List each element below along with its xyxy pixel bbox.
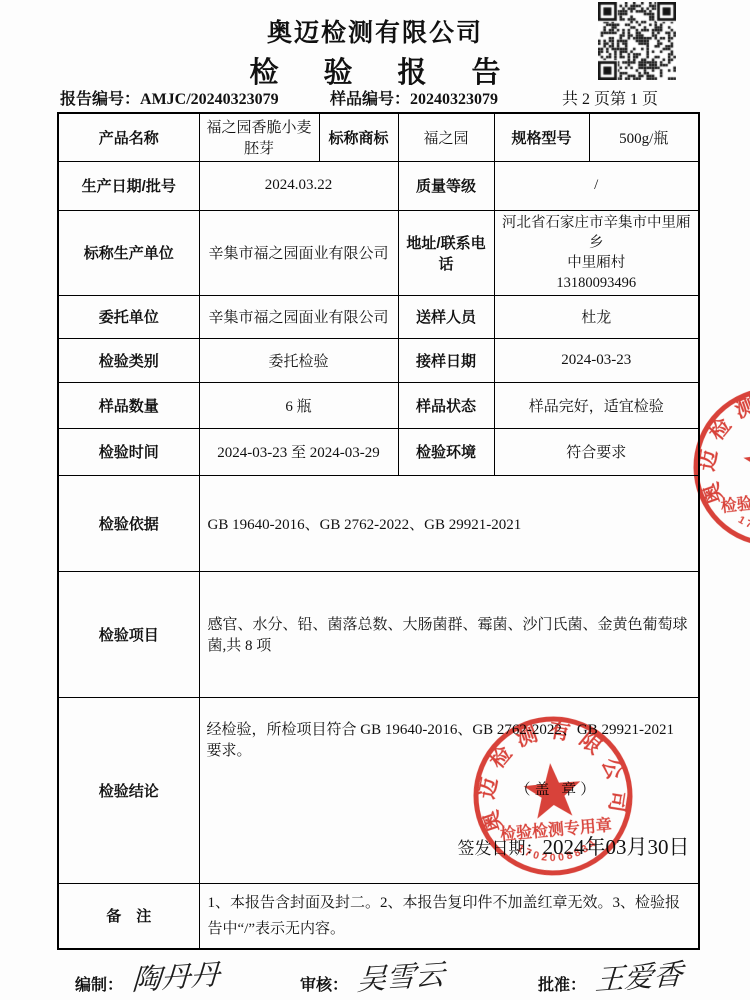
table-row: 检验结论 经检验，所检项目符合 GB 19640-2016、GB 2762-20… <box>58 697 699 883</box>
reviewed-signature: 吴雪云 <box>356 952 446 999</box>
field-value-spec: 500g/瓶 <box>589 113 699 161</box>
field-value-insp-type: 委托检验 <box>199 338 398 382</box>
reviewed-by: 审核：吴雪云 <box>300 958 443 999</box>
field-value-sample-qty: 6 瓶 <box>199 382 398 428</box>
field-value-insp-env: 符合要求 <box>494 428 699 475</box>
table-row: 生产日期/批号 2024.03.22 质量等级 / <box>58 161 699 210</box>
field-value-quality-grade: / <box>494 161 699 210</box>
field-value-receive-date: 2024-03-23 <box>494 338 699 382</box>
table-row: 标称生产单位 辛集市福之园面业有限公司 地址/联系电话 河北省石家庄市辛集市中里… <box>58 210 699 295</box>
table-row: 委托单位 辛集市福之园面业有限公司 送样人员 杜龙 <box>58 295 699 338</box>
field-value-remark: 1、本报告含封面及封二。2、本报告复印件不加盖红章无效。3、检验报告中“/”表示… <box>199 883 699 949</box>
field-label-sample-qty: 样品数量 <box>58 382 199 428</box>
field-label-insp-type: 检验类别 <box>58 338 199 382</box>
page-count: 共 2 页第 1 页 <box>562 86 658 109</box>
field-value-sampler: 杜龙 <box>494 295 699 338</box>
field-label-spec: 规格型号 <box>494 113 589 161</box>
table-row: 检验项目 感官、水分、铅、菌落总数、大肠菌群、霉菌、沙门氏菌、金黄色葡萄球菌,共… <box>58 571 699 697</box>
conclusion-text: 经检验，所检项目符合 GB 19640-2016、GB 2762-2022、GB… <box>207 718 693 760</box>
prepared-by: 编制：陶丹丹 <box>75 958 218 999</box>
report-meta-line: 报告编号：AMJC/20240323079 样品编号：20240323079 共… <box>0 86 750 110</box>
report-page: 奥迈检测有限公司 检验报告 报告编号：AMJC/20240323079 样品编号… <box>0 0 750 1000</box>
seal-serial: 1702008834 <box>735 506 750 540</box>
field-label-address: 地址/联系电话 <box>398 210 494 295</box>
field-value-conclusion: 经检验，所检项目符合 GB 19640-2016、GB 2762-2022、GB… <box>199 697 699 883</box>
table-row: 检验时间 2024-03-23 至 2024-03-29 检验环境 符合要求 <box>58 428 699 475</box>
table-row: 检验依据 GB 19640-2016、GB 2762-2022、GB 29921… <box>58 475 699 571</box>
issue-date-line: 签发日期：2024年03月30日 <box>458 831 690 861</box>
signature-line: 编制：陶丹丹 审核：吴雪云 批准：王爱香 <box>0 952 750 1000</box>
field-label-insp-env: 检验环境 <box>398 428 494 475</box>
field-value-producer: 辛集市福之园面业有限公司 <box>199 210 398 295</box>
table-row: 备 注 1、本报告含封面及封二。2、本报告复印件不加盖红章无效。3、检验报告中“… <box>58 883 699 949</box>
field-label-insp-time: 检验时间 <box>58 428 199 475</box>
report-number: 报告编号：AMJC/20240323079 <box>60 86 279 109</box>
field-label-items: 检验项目 <box>58 571 199 697</box>
field-label-conclusion: 检验结论 <box>58 697 199 883</box>
field-value-client: 辛集市福之园面业有限公司 <box>199 295 398 338</box>
field-value-insp-time: 2024-03-23 至 2024-03-29 <box>199 428 398 475</box>
field-label-sample-status: 样品状态 <box>398 382 494 428</box>
seal-star-icon <box>741 431 750 491</box>
svg-text:1702008834: 1702008834 <box>735 506 750 540</box>
approved-by: 批准：王爱香 <box>538 958 681 999</box>
seal-center-text: 检验检测专用章 <box>720 485 750 516</box>
report-table: 产品名称 福之园香脆小麦胚芽 标称商标 福之园 规格型号 500g/瓶 生产日期… <box>57 112 700 950</box>
field-label-receive-date: 接样日期 <box>398 338 494 382</box>
field-label-brand: 标称商标 <box>319 113 398 161</box>
field-label-sampler: 送样人员 <box>398 295 494 338</box>
field-label-prod-date: 生产日期/批号 <box>58 161 199 210</box>
field-value-basis: GB 19640-2016、GB 2762-2022、GB 29921-2021 <box>199 475 699 571</box>
field-value-address: 河北省石家庄市辛集市中里厢乡 中里厢村 13180093496 <box>494 210 699 295</box>
field-label-product-name: 产品名称 <box>58 113 199 161</box>
qr-code-icon <box>598 2 676 80</box>
field-label-client: 委托单位 <box>58 295 199 338</box>
field-label-quality-grade: 质量等级 <box>398 161 494 210</box>
table-row: 产品名称 福之园香脆小麦胚芽 标称商标 福之园 规格型号 500g/瓶 <box>58 113 699 161</box>
sample-number: 样品编号：20240323079 <box>330 86 498 109</box>
field-value-items: 感官、水分、铅、菌落总数、大肠菌群、霉菌、沙门氏菌、金黄色葡萄球菌,共 8 项 <box>199 571 699 697</box>
field-value-product-name: 福之园香脆小麦胚芽 <box>199 113 319 161</box>
approved-signature: 王爱香 <box>594 952 684 999</box>
field-label-remark: 备 注 <box>58 883 199 949</box>
field-value-prod-date: 2024.03.22 <box>199 161 398 210</box>
field-value-brand: 福之园 <box>398 113 494 161</box>
seal-hint: （盖 章） <box>516 778 600 799</box>
table-row: 检验类别 委托检验 接样日期 2024-03-23 <box>58 338 699 382</box>
prepared-signature: 陶丹丹 <box>131 952 221 999</box>
field-label-basis: 检验依据 <box>58 475 199 571</box>
table-row: 样品数量 6 瓶 样品状态 样品完好，适宜检验 <box>58 382 699 428</box>
field-value-sample-status: 样品完好，适宜检验 <box>494 382 699 428</box>
field-label-producer: 标称生产单位 <box>58 210 199 295</box>
